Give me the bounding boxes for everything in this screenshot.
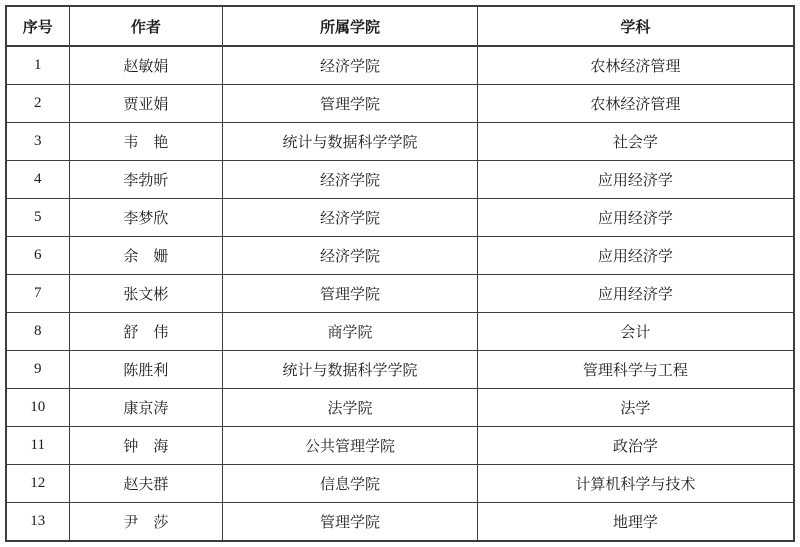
table-row: 8舒 伟商学院会计: [6, 312, 794, 350]
cell-college: 经济学院: [223, 160, 478, 198]
cell-author: 余 姗: [69, 236, 223, 274]
cell-index: 10: [6, 388, 69, 426]
cell-college: 经济学院: [223, 46, 478, 85]
table-header-row: 序号 作者 所属学院 学科: [6, 6, 794, 46]
cell-index: 2: [6, 85, 69, 123]
table-row: 9陈胜利统计与数据科学学院管理科学与工程: [6, 350, 794, 388]
cell-college: 公共管理学院: [223, 426, 478, 464]
table-row: 11钟 海公共管理学院政治学: [6, 426, 794, 464]
cell-college: 商学院: [223, 312, 478, 350]
cell-index: 8: [6, 312, 69, 350]
authors-table: 序号 作者 所属学院 学科 1赵敏娟经济学院农林经济管理2贾亚娟管理学院农林经济…: [5, 5, 795, 542]
cell-subject: 计算机科学与技术: [477, 464, 794, 502]
header-index: 序号: [6, 6, 69, 46]
table-row: 1赵敏娟经济学院农林经济管理: [6, 46, 794, 85]
header-author: 作者: [69, 6, 223, 46]
cell-subject: 管理科学与工程: [477, 350, 794, 388]
table-body: 1赵敏娟经济学院农林经济管理2贾亚娟管理学院农林经济管理3韦 艳统计与数据科学学…: [6, 46, 794, 541]
header-college: 所属学院: [223, 6, 478, 46]
table-row: 4李勃昕经济学院应用经济学: [6, 160, 794, 198]
cell-index: 9: [6, 350, 69, 388]
cell-subject: 农林经济管理: [477, 46, 794, 85]
cell-index: 6: [6, 236, 69, 274]
header-subject: 学科: [477, 6, 794, 46]
cell-college: 经济学院: [223, 198, 478, 236]
cell-author: 韦 艳: [69, 122, 223, 160]
cell-author: 贾亚娟: [69, 85, 223, 123]
cell-index: 13: [6, 502, 69, 541]
table-row: 12赵夫群信息学院计算机科学与技术: [6, 464, 794, 502]
cell-subject: 应用经济学: [477, 274, 794, 312]
table-row: 2贾亚娟管理学院农林经济管理: [6, 85, 794, 123]
cell-index: 1: [6, 46, 69, 85]
cell-author: 赵敏娟: [69, 46, 223, 85]
cell-index: 12: [6, 464, 69, 502]
cell-college: 经济学院: [223, 236, 478, 274]
cell-subject: 农林经济管理: [477, 85, 794, 123]
cell-college: 管理学院: [223, 274, 478, 312]
cell-author: 赵夫群: [69, 464, 223, 502]
cell-index: 7: [6, 274, 69, 312]
cell-college: 统计与数据科学学院: [223, 350, 478, 388]
cell-author: 张文彬: [69, 274, 223, 312]
cell-subject: 会计: [477, 312, 794, 350]
cell-index: 11: [6, 426, 69, 464]
document-page: 序号 作者 所属学院 学科 1赵敏娟经济学院农林经济管理2贾亚娟管理学院农林经济…: [0, 0, 800, 547]
cell-index: 4: [6, 160, 69, 198]
table-row: 7张文彬管理学院应用经济学: [6, 274, 794, 312]
cell-college: 管理学院: [223, 502, 478, 541]
cell-index: 3: [6, 122, 69, 160]
table-row: 13尹 莎管理学院地理学: [6, 502, 794, 541]
cell-author: 康京涛: [69, 388, 223, 426]
table-row: 5李梦欣经济学院应用经济学: [6, 198, 794, 236]
cell-subject: 应用经济学: [477, 160, 794, 198]
cell-subject: 应用经济学: [477, 236, 794, 274]
cell-college: 统计与数据科学学院: [223, 122, 478, 160]
cell-subject: 应用经济学: [477, 198, 794, 236]
table-row: 3韦 艳统计与数据科学学院社会学: [6, 122, 794, 160]
cell-author: 李梦欣: [69, 198, 223, 236]
cell-subject: 政治学: [477, 426, 794, 464]
cell-college: 法学院: [223, 388, 478, 426]
cell-college: 管理学院: [223, 85, 478, 123]
table-row: 10康京涛法学院法学: [6, 388, 794, 426]
cell-index: 5: [6, 198, 69, 236]
cell-author: 李勃昕: [69, 160, 223, 198]
cell-subject: 地理学: [477, 502, 794, 541]
cell-author: 钟 海: [69, 426, 223, 464]
cell-subject: 社会学: [477, 122, 794, 160]
cell-author: 舒 伟: [69, 312, 223, 350]
cell-author: 陈胜利: [69, 350, 223, 388]
cell-college: 信息学院: [223, 464, 478, 502]
cell-author: 尹 莎: [69, 502, 223, 541]
cell-subject: 法学: [477, 388, 794, 426]
table-row: 6余 姗经济学院应用经济学: [6, 236, 794, 274]
